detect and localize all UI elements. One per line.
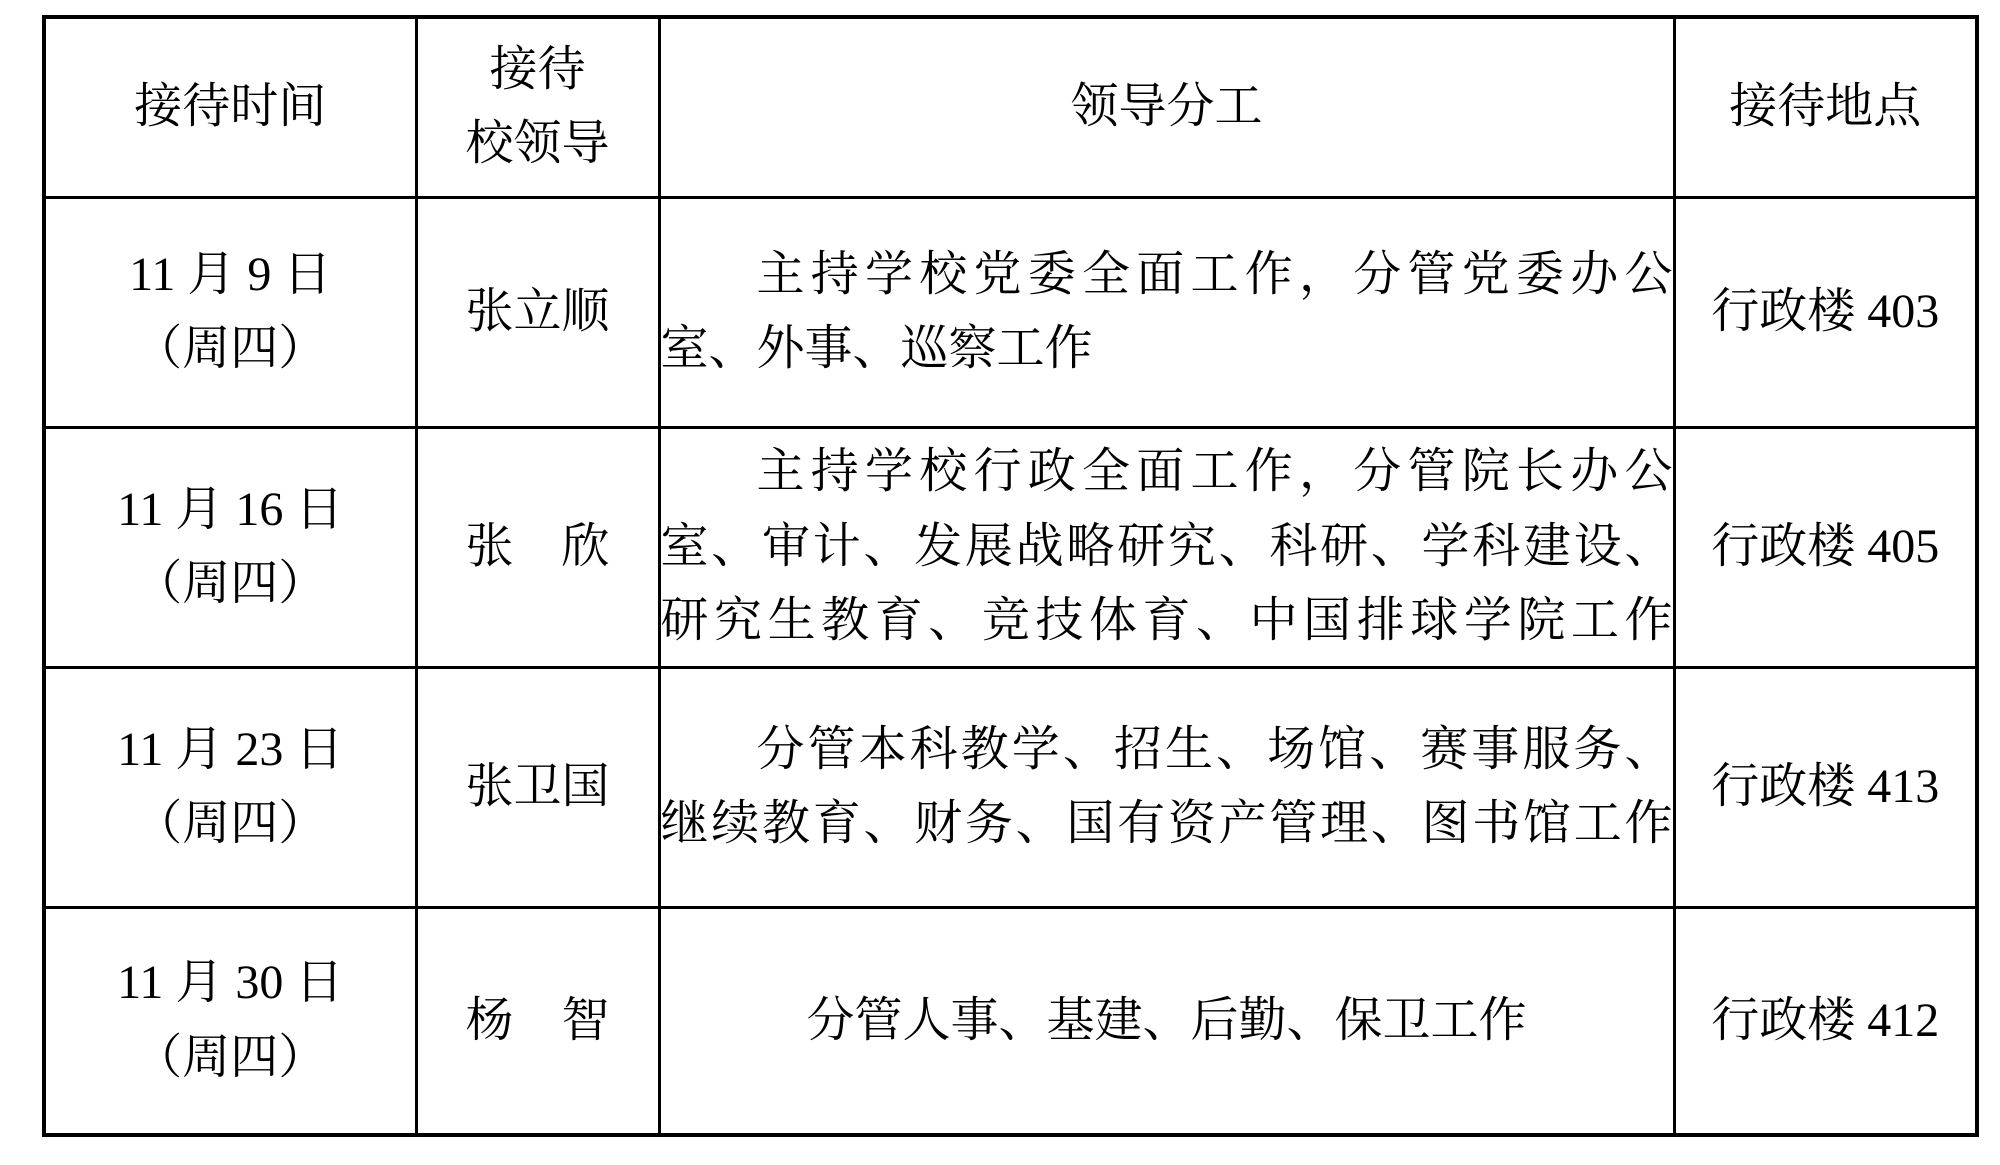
leader-cell: 张立顺 xyxy=(416,197,659,427)
leader-name: 张卫国 xyxy=(418,750,658,824)
duty-cell: 主持学校党委全面工作，分管党委办公 室、外事、巡察工作 xyxy=(659,197,1674,427)
time-cell: 11 月 23 日 （周四） xyxy=(44,667,416,907)
leader-cell: 张 欣 xyxy=(416,427,659,667)
weekday-text: （周四） xyxy=(46,787,415,861)
date-text: 11 月 16 日 xyxy=(46,473,415,547)
table-row: 11 月 16 日 （周四） 张 欣 主持学校行政全面工作，分管院长办公 室、审… xyxy=(44,427,1977,667)
header-location-label: 接待地点 xyxy=(1676,70,1976,144)
duty-line: 继续教育、财务、国有资产管理、图书馆工作 xyxy=(661,787,1673,861)
time-cell: 11 月 30 日 （周四） xyxy=(44,907,416,1135)
time-cell: 11 月 9 日 （周四） xyxy=(44,197,416,427)
duty-line: 分管本科教学、招生、场馆、赛事服务、 xyxy=(661,713,1673,787)
table-row: 11 月 9 日 （周四） 张立顺 主持学校党委全面工作，分管党委办公 室、外事… xyxy=(44,197,1977,427)
date-text: 11 月 9 日 xyxy=(46,238,415,312)
duty-line: 主持学校行政全面工作，分管院长办公 xyxy=(661,435,1673,509)
location-text: 行政楼 405 xyxy=(1676,510,1976,584)
weekday-text: （周四） xyxy=(46,312,415,386)
weekday-text: （周四） xyxy=(46,1021,415,1095)
leader-cell: 杨 智 xyxy=(416,907,659,1135)
weekday-text: （周四） xyxy=(46,547,415,621)
table-row: 11 月 30 日 （周四） 杨 智 分管人事、基建、后勤、保卫工作 行政楼 4… xyxy=(44,907,1977,1135)
location-text: 行政楼 412 xyxy=(1676,984,1976,1058)
header-duties-label: 领导分工 xyxy=(661,70,1673,144)
header-location: 接待地点 xyxy=(1674,17,1977,197)
duty-line: 主持学校党委全面工作，分管党委办公 xyxy=(661,238,1673,312)
duty-cell: 分管本科教学、招生、场馆、赛事服务、 继续教育、财务、国有资产管理、图书馆工作 xyxy=(659,667,1674,907)
duty-line: 室、审计、发展战略研究、科研、学科建设、 xyxy=(661,510,1673,584)
leader-cell: 张卫国 xyxy=(416,667,659,907)
duty-cell: 分管人事、基建、后勤、保卫工作 xyxy=(659,907,1674,1135)
duty-line: 分管人事、基建、后勤、保卫工作 xyxy=(661,984,1673,1058)
location-cell: 行政楼 413 xyxy=(1674,667,1977,907)
location-cell: 行政楼 403 xyxy=(1674,197,1977,427)
header-time-label: 接待时间 xyxy=(46,70,415,144)
header-time: 接待时间 xyxy=(44,17,416,197)
date-text: 11 月 23 日 xyxy=(46,713,415,787)
duty-line: 室、外事、巡察工作 xyxy=(661,312,1673,386)
header-leader-line1: 接待 xyxy=(418,33,658,107)
date-text: 11 月 30 日 xyxy=(46,946,415,1020)
leader-name: 杨 智 xyxy=(418,984,658,1058)
document-page: 接待时间 接待 校领导 领导分工 接待地点 11 月 9 日 （周四） xyxy=(0,0,2000,1165)
location-cell: 行政楼 405 xyxy=(1674,427,1977,667)
time-cell: 11 月 16 日 （周四） xyxy=(44,427,416,667)
header-duties: 领导分工 xyxy=(659,17,1674,197)
location-text: 行政楼 403 xyxy=(1676,275,1976,349)
header-leader: 接待 校领导 xyxy=(416,17,659,197)
duty-cell: 主持学校行政全面工作，分管院长办公 室、审计、发展战略研究、科研、学科建设、 研… xyxy=(659,427,1674,667)
leader-name: 张 欣 xyxy=(418,510,658,584)
header-leader-line2: 校领导 xyxy=(418,107,658,181)
location-text: 行政楼 413 xyxy=(1676,750,1976,824)
header-row: 接待时间 接待 校领导 领导分工 接待地点 xyxy=(44,17,1977,197)
leader-name: 张立顺 xyxy=(418,275,658,349)
reception-schedule-table: 接待时间 接待 校领导 领导分工 接待地点 11 月 9 日 （周四） xyxy=(42,15,1979,1137)
table-row: 11 月 23 日 （周四） 张卫国 分管本科教学、招生、场馆、赛事服务、 继续… xyxy=(44,667,1977,907)
location-cell: 行政楼 412 xyxy=(1674,907,1977,1135)
duty-line: 研究生教育、竞技体育、中国排球学院工作 xyxy=(661,584,1673,658)
